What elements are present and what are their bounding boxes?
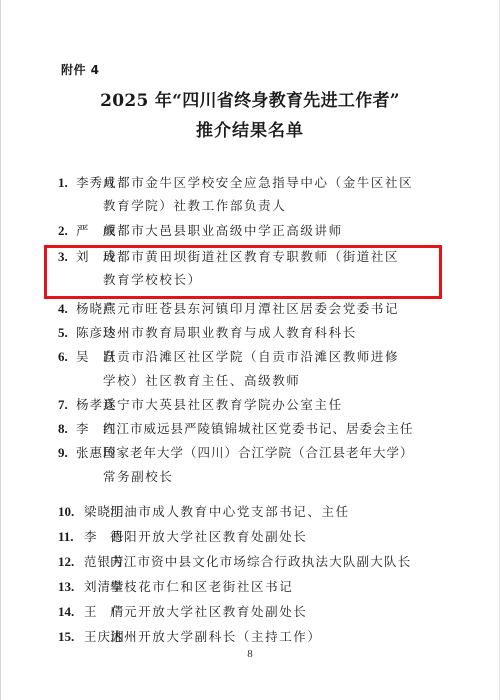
- entry-description: 广元市旺苍县东河镇印月潭社区居委会党委书记: [103, 297, 443, 321]
- entry-number: 2.: [58, 219, 68, 243]
- entry-description-cont: 教育学校校长）: [103, 268, 443, 292]
- entry-description: 达州开放大学副科长（主持工作）: [110, 625, 450, 649]
- entry-description-cont: 学校）社区教育主任、高级教师: [103, 369, 443, 393]
- entry-description-cont: 教育学院）社教工作部负责人: [103, 194, 443, 218]
- entry-number: 4.: [58, 297, 68, 321]
- entry-description: 内江市资中县文化市场综合行政执法大队副大队长: [110, 550, 450, 574]
- document-title-line1: 2025 年“四川省终身教育先进工作者”: [0, 86, 500, 111]
- document-title-line2: 推介结果名单: [0, 116, 500, 141]
- entry-number: 3.: [58, 245, 68, 269]
- entry-description: 德阳开放大学社区教育处副处长: [110, 525, 450, 549]
- entry-number: 11.: [58, 525, 74, 549]
- entry-description: 成都市黄田坝街道社区教育专职教师（街道社区: [103, 245, 443, 269]
- entry-number: 8.: [58, 417, 68, 441]
- entry-description: 内江市威远县严陵镇锦城社区党委书记、居委会主任: [103, 417, 443, 441]
- entry-description: 攀枝花市仁和区老街社区书记: [110, 575, 450, 599]
- entry-description-cont: 常务副校长: [103, 465, 443, 489]
- entry-number: 5.: [58, 321, 68, 345]
- entry-number: 6.: [58, 345, 68, 369]
- entry-description: 成都市大邑县职业高级中学正高级讲师: [103, 219, 443, 243]
- entry-number: 15.: [58, 625, 74, 649]
- entry-description: 江油市成人教育中心党支部书记、主任: [110, 500, 450, 524]
- entry-number: 7.: [58, 393, 68, 417]
- entry-number: 12.: [58, 550, 74, 574]
- entry-number: 1.: [58, 171, 68, 195]
- entry-description: 自贡市沿滩区社区学院（自贡市沿滩区教师进修: [103, 345, 443, 369]
- entry-number: 10.: [58, 500, 74, 524]
- page-number: 8: [0, 648, 500, 660]
- entry-number: 13.: [58, 575, 74, 599]
- entry-description: 达州市教育局职业教育与成人教育科科长: [103, 321, 443, 345]
- entry-number: 9.: [58, 441, 68, 465]
- attachment-label: 附件 4: [61, 61, 100, 78]
- entry-number: 14.: [58, 600, 74, 624]
- entry-description: 遂宁市大英县社区教育学院办公室主任: [103, 393, 443, 417]
- entry-description: 成都市金牛区学校安全应急指导中心（金牛区社区: [103, 171, 443, 195]
- entry-description: 广元开放大学社区教育处副处长: [110, 600, 450, 624]
- entry-description: 国家老年大学（四川）合江学院（合江县老年大学）: [103, 441, 443, 465]
